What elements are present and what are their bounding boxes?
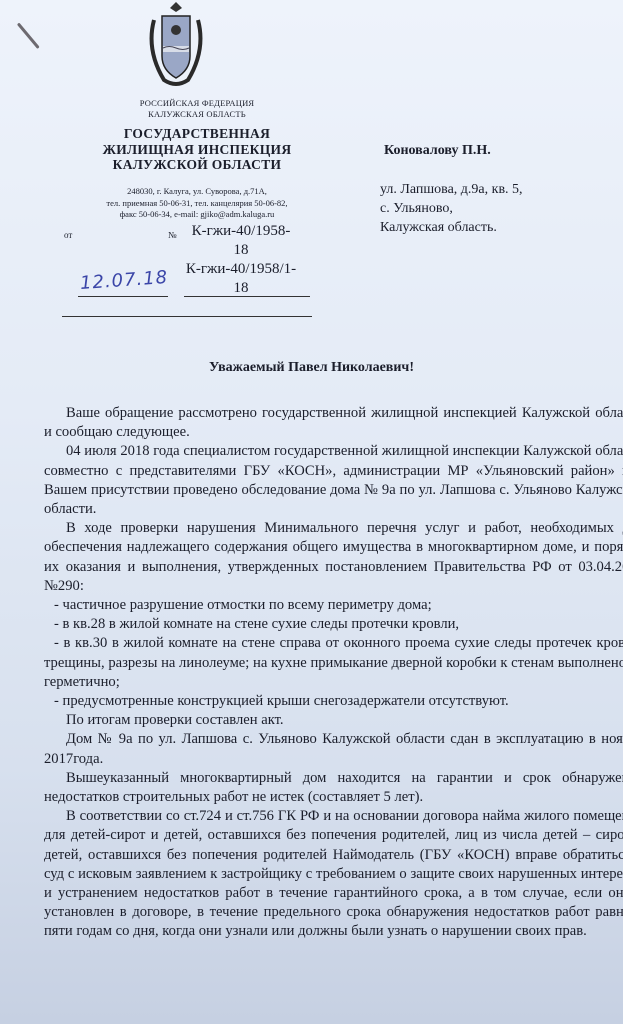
address-line: тел. приемная 50-06-31, тел. канцелярия …	[62, 198, 332, 210]
address-line: 248030, г. Калуга, ул. Суворова, д.71А,	[62, 186, 332, 198]
federation-text: РОССИЙСКАЯ ФЕДЕРАЦИЯ	[62, 98, 332, 109]
recipient-address-line: с. Ульяново,	[380, 199, 523, 218]
number-underline	[184, 296, 310, 297]
greeting: Уважаемый Павел Николаевич!	[0, 360, 623, 376]
registration-number: К-гжи-40/1958- 18 К-гжи-40/1958/1- 18	[180, 222, 302, 298]
recipient-address: ул. Лапшова, д.9а, кв. 5, с. Ульяново, К…	[380, 180, 523, 237]
from-label: от	[64, 230, 72, 240]
reg-line: К-гжи-40/1958/1-	[180, 260, 302, 279]
paragraph: По итогам проверки составлен акт.	[44, 711, 623, 730]
paragraph: Ваше обращение рассмотрено государственн…	[44, 404, 623, 442]
paragraph: Вышеуказанный многоквартирный дом находи…	[44, 769, 623, 807]
coat-of-arms-icon	[146, 0, 206, 90]
org-line: ГОСУДАРСТВЕННАЯ	[62, 126, 332, 142]
organization-name: ГОСУДАРСТВЕННАЯ ЖИЛИЩНАЯ ИНСПЕКЦИЯ КАЛУЖ…	[62, 126, 332, 173]
address-line: факс 50-06-34, e-mail: gjiko@adm.kaluga.…	[62, 209, 332, 221]
org-line: ЖИЛИЩНАЯ ИНСПЕКЦИЯ	[62, 142, 332, 158]
letter-body: Ваше обращение рассмотрено государственн…	[44, 404, 623, 942]
handwritten-date: 12.07.18	[79, 267, 168, 294]
violation-item: - в кв.28 в жилой комнате на стене сухие…	[44, 615, 623, 634]
organization-address: 248030, г. Калуга, ул. Суворова, д.71А, …	[62, 186, 332, 221]
recipient-address-line: Калужская область.	[380, 218, 523, 237]
letter-page: РОССИЙСКАЯ ФЕДЕРАЦИЯ КАЛУЖСКАЯ ОБЛАСТЬ Г…	[0, 0, 623, 1024]
date-underline	[78, 296, 168, 297]
region-text: КАЛУЖСКАЯ ОБЛАСТЬ	[62, 109, 332, 120]
violation-item: - предусмотренные конструкцией крыши сне…	[44, 692, 623, 711]
recipient-name: Коновалову П.Н.	[384, 143, 491, 159]
header-divider	[62, 316, 312, 317]
reg-line: К-гжи-40/1958-	[180, 222, 302, 241]
paragraph: Дом № 9а по ул. Лапшова с. Ульяново Калу…	[44, 730, 623, 768]
staple	[17, 23, 40, 49]
federation-header: РОССИЙСКАЯ ФЕДЕРАЦИЯ КАЛУЖСКАЯ ОБЛАСТЬ	[62, 98, 332, 120]
violation-item: - в кв.30 в жилой комнате на стене справ…	[44, 634, 623, 692]
paragraph: В ходе проверки нарушения Минимального п…	[44, 519, 623, 596]
recipient-address-line: ул. Лапшова, д.9а, кв. 5,	[380, 180, 523, 199]
org-line: КАЛУЖСКОЙ ОБЛАСТИ	[62, 157, 332, 173]
paragraph: В соответствии со ст.724 и ст.756 ГК РФ …	[44, 807, 623, 941]
violation-item: - частичное разрушение отмостки по всему…	[44, 596, 623, 615]
paragraph: 04 июля 2018 года специалистом государст…	[44, 442, 623, 519]
reg-line: 18	[180, 241, 302, 260]
number-label: №	[168, 230, 177, 240]
